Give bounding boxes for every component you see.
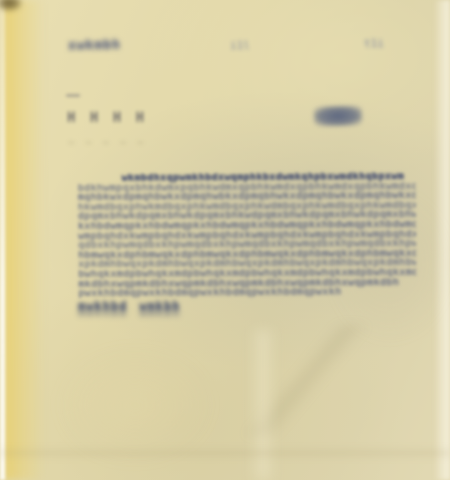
- top-right-mark: t1i: [364, 37, 396, 53]
- paper-blotch: [60, 350, 210, 460]
- signature-part: mwkhbd: [78, 299, 127, 313]
- scanned-document-page: xwkmbh i1l t1i H H H H H H H ~ ~ ~ ~ ~ ~…: [0, 0, 450, 480]
- ink-stamp-blob: [314, 105, 363, 126]
- paragraph-line: pwxkhbdmqpwxkhbdmqpwxkhbdmqpwxkhbdmqpwxk…: [78, 287, 416, 299]
- signature-smudge: mwkhbdwmkbh: [78, 299, 208, 321]
- diagonal-crease: [210, 325, 400, 435]
- left-edge-yellow-band: [3, 0, 45, 480]
- reference-number-stamp: xwkmbh: [68, 37, 144, 58]
- signature-part: wmkbh: [139, 299, 180, 313]
- top-center-mark: i1l: [230, 39, 264, 54]
- bottom-crease: [0, 446, 450, 460]
- faint-dash-mark: [66, 94, 80, 97]
- typed-paragraph-block: wkmbdhxqpwmkhbdxwqmphkbxdwmkqhpbxwmdkhqb…: [78, 172, 417, 302]
- left-column-typed-row: H H H H H H H: [67, 110, 159, 134]
- left-column-faint-row: ~ ~ ~ ~ ~ ~: [68, 136, 154, 152]
- left-edge-white-sliver: [0, 0, 5, 480]
